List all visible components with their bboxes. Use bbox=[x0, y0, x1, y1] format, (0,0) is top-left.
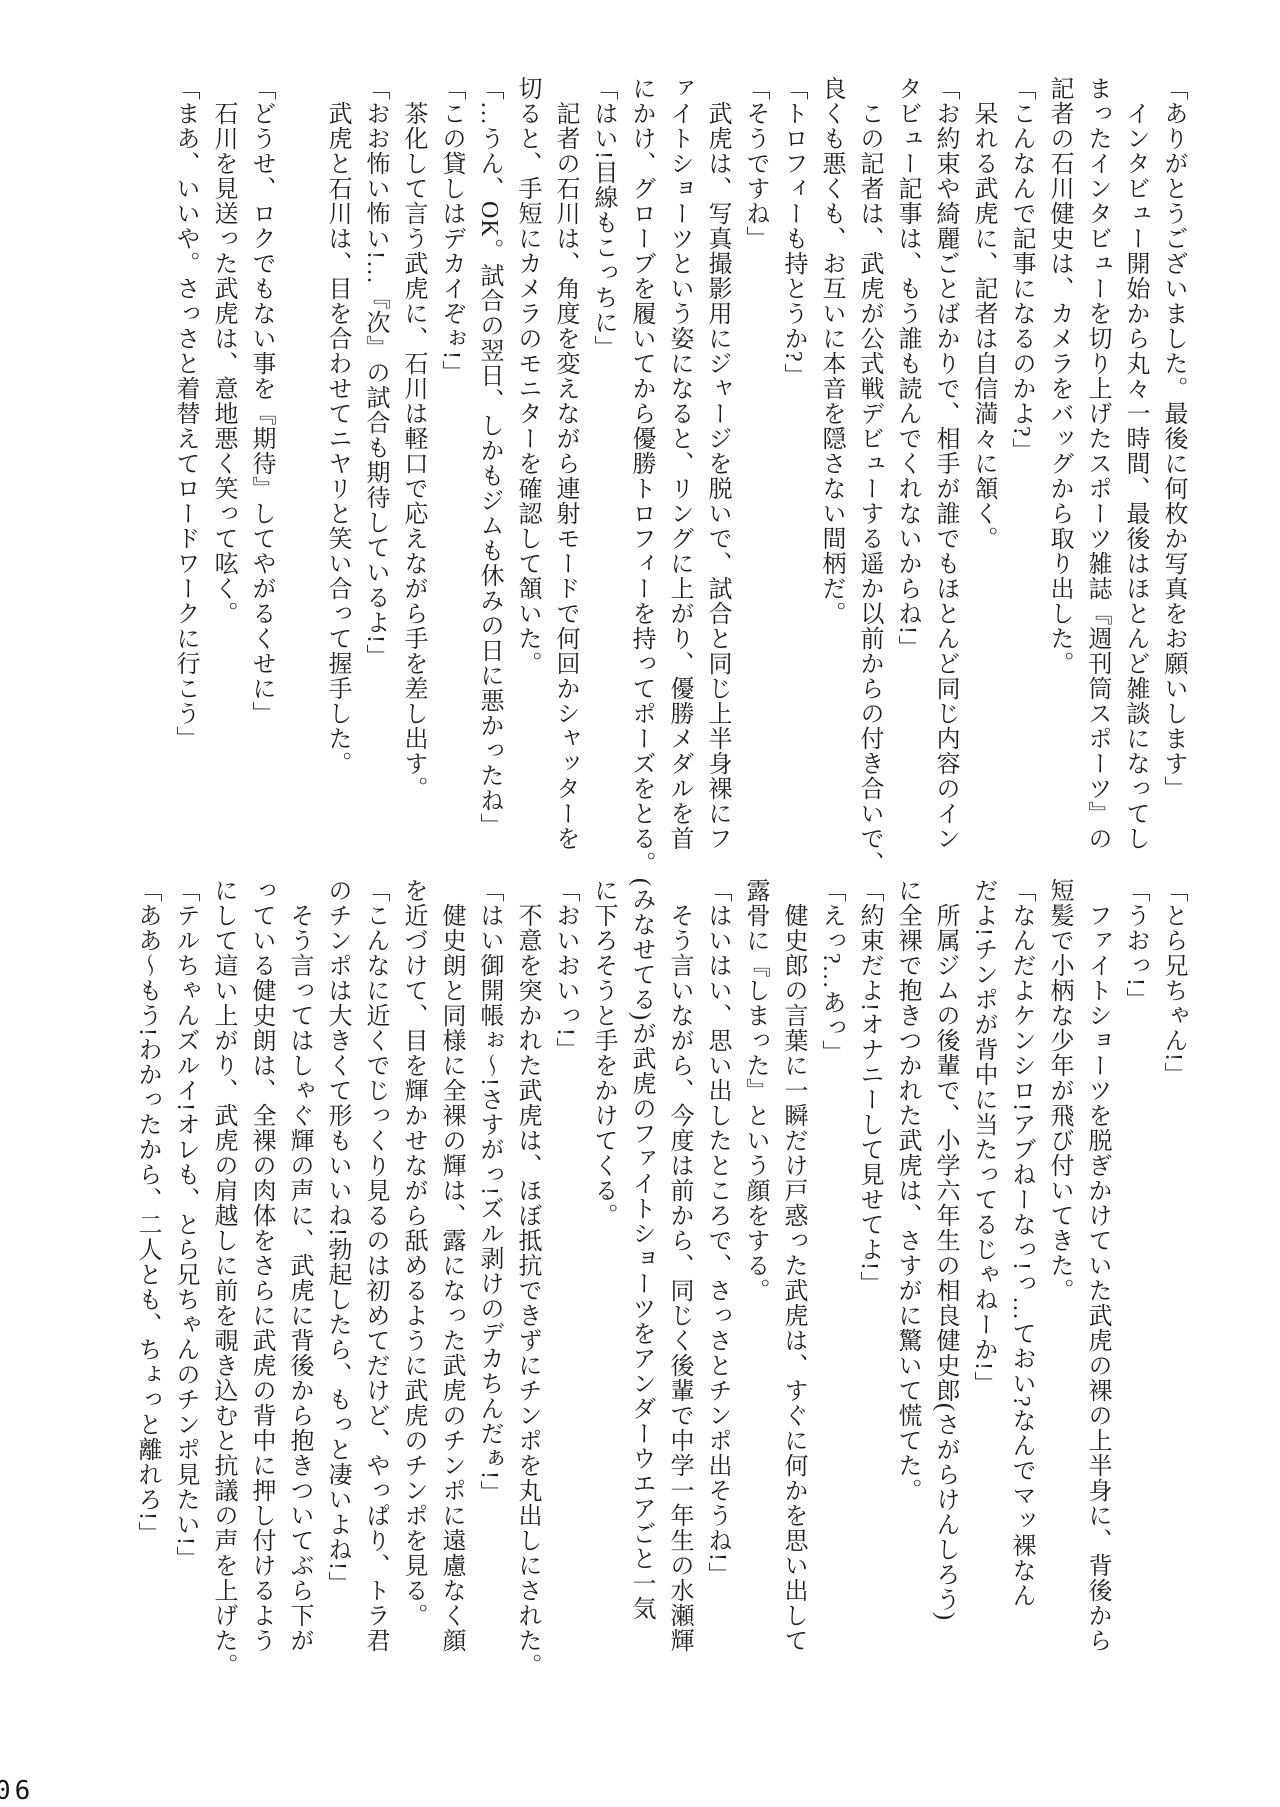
text-line: 「うおっ!」 bbox=[1116, 878, 1154, 1670]
text-line: だよ!チンポが背中に当たってるじゃねーか!」 bbox=[964, 878, 1002, 1670]
text-line: 短髪で小柄な少年が飛び付いてきた。 bbox=[1040, 878, 1078, 1670]
text-line: 健史朗と同様に全裸の輝は、露になった武虎のチンポに遠慮なく顔 bbox=[432, 878, 470, 1670]
text-line: 「こんなんで記事になるのかよ?」 bbox=[1002, 76, 1040, 856]
text-line: (みなせてる)が武虎のファイトショーツをアンダーウエアごと一気 bbox=[622, 878, 660, 1670]
top-text-block: 「ありがとうございました。最後に何枚か写真をお願いします」 インタビュー開始から… bbox=[166, 76, 1192, 856]
text-line: 「テルちゃんズルイ!オレも、とら兄ちゃんのチンポ見たい!」 bbox=[166, 878, 204, 1670]
text-line: 「…うん、OK。試合の翌日、しかもジムも休みの日に悪かったね」 bbox=[470, 76, 508, 856]
text-line: 「お約束や綺麗ごとばかりで、相手が誰でもほとんど同じ内容のイン bbox=[926, 76, 964, 856]
text-line: にして這い上がり、武虎の肩越しに前を覗き込むと抗議の声を上げた。 bbox=[204, 878, 242, 1670]
text-line: 「こんなに近くでじっくり見るのは初めてだけど、やっぱり、トラ君 bbox=[356, 878, 394, 1670]
text-line: 「はい!目線もこっちに」 bbox=[584, 76, 622, 856]
novel-page: 「ありがとうございました。最後に何枚か写真をお願いします」 インタビュー開始から… bbox=[0, 0, 1280, 1807]
text-line: 「そうですね」 bbox=[736, 76, 774, 856]
text-line: を近づけて、目を輝かせながら舐めるように武虎のチンポを見る。 bbox=[394, 878, 432, 1670]
text-line: 記者の石川は、角度を変えながら連射モードで何回かシャッターを bbox=[546, 76, 584, 856]
text-line: インタビュー開始から丸々一時間、最後はほとんど雑談になってし bbox=[1116, 76, 1154, 856]
text-line: 石川を見送った武虎は、意地悪く笑って呟く。 bbox=[204, 76, 242, 856]
text-line: 「ありがとうございました。最後に何枚か写真をお願いします」 bbox=[1154, 76, 1192, 856]
text-line: 所属ジムの後輩で、小学六年生の相良健史郎(さがらけんしろう) bbox=[926, 878, 964, 1670]
text-line: 「この貸しはデカイぞぉ!」 bbox=[432, 76, 470, 856]
text-line: 茶化して言う武虎に、石川は軽口で応えながら手を差し出す。 bbox=[394, 76, 432, 856]
text-line: 呆れる武虎に、記者は自信満々に頷く。 bbox=[964, 76, 1002, 856]
text-line: 武虎は、写真撮影用にジャージを脱いで、試合と同じ上半身裸にフ bbox=[698, 76, 736, 856]
text-line: のチンポは大きくて形もいいね!勃起したら、もっと凄いよね!」 bbox=[318, 878, 356, 1670]
text-line: 切ると、手短にカメラのモニターを確認して頷いた。 bbox=[508, 76, 546, 856]
text-line: 不意を突かれた武虎は、ほぼ抵抗できずにチンポを丸出しにされた。 bbox=[508, 878, 546, 1670]
text-line: まったインタビューを切り上げたスポーツ雑誌『週刊筒スポーツ』の bbox=[1078, 76, 1116, 856]
text-line: ァイトショーツという姿になると、リングに上がり、優勝メダルを首 bbox=[660, 76, 698, 856]
text-line: 「なんだよケンシロ!アブねーなっ!っ…ておい?なんでマッ裸なん bbox=[1002, 878, 1040, 1670]
text-line: にかけ、グローブを履いてから優勝トロフィーを持ってポーズをとる。 bbox=[622, 76, 660, 856]
bottom-text-block: 「とら兄ちゃん!」 「うおっ!」 ファイトショーツを脱ぎかけていた武虎の裸の上半… bbox=[128, 878, 1192, 1670]
text-line: ファイトショーツを脱ぎかけていた武虎の裸の上半身に、背後から bbox=[1078, 878, 1116, 1670]
text-line: 「約束だよ!オナニーして見せてよ!」 bbox=[850, 878, 888, 1670]
text-line: 記者の石川健史は、カメラをバッグから取り出した。 bbox=[1040, 76, 1078, 856]
text-line: 「とら兄ちゃん!」 bbox=[1154, 878, 1192, 1670]
text-line: っている健史朗は、全裸の肉体をさらに武虎の背中に押し付けるよう bbox=[242, 878, 280, 1670]
text-line: タビュー記事は、もう誰も読んでくれないからね!」 bbox=[888, 76, 926, 856]
text-line: そう言ってはしゃぐ輝の声に、武虎に背後から抱きついてぶら下が bbox=[280, 878, 318, 1670]
text-line: 「ああ〜もう!わかったから、二人とも、ちょっと離れろ!」 bbox=[128, 878, 166, 1670]
text-line: に下ろそうと手をかけてくる。 bbox=[584, 878, 622, 1670]
text-line: 「おお怖い怖い!…『次』の試合も期待しているよ!」 bbox=[356, 76, 394, 856]
text-line: 「はい御開帳ぉ〜!さすがっ!ズル剥けのデカちんだぁ!」 bbox=[470, 878, 508, 1670]
text-line: 健史郎の言葉に一瞬だけ戸惑った武虎は、すぐに何かを思い出して bbox=[774, 878, 812, 1670]
text-line: そう言いながら、今度は前から、同じく後輩で中学一年生の水瀬輝 bbox=[660, 878, 698, 1670]
text-line: 「おいおいっ!」 bbox=[546, 878, 584, 1670]
text-line: 「えっ?…あっ」 bbox=[812, 878, 850, 1670]
page-number: 06 bbox=[0, 1776, 34, 1806]
text-line: 武虎と石川は、目を合わせてニヤリと笑い合って握手した。 bbox=[318, 76, 356, 856]
text-line: に全裸で抱きつかれた武虎は、さすがに驚いて慌てた。 bbox=[888, 878, 926, 1670]
text-line: この記者は、武虎が公式戦デビューする遥か以前からの付き合いで、 bbox=[850, 76, 888, 856]
text-line-blank bbox=[280, 76, 318, 856]
text-line: 露骨に『しまった』という顔をする。 bbox=[736, 878, 774, 1670]
text-line: 良くも悪くも、お互いに本音を隠さない間柄だ。 bbox=[812, 76, 850, 856]
text-line: 「トロフィーも持とうか?」 bbox=[774, 76, 812, 856]
text-line: 「どうせ、ロクでもない事を『期待』してやがるくせに」 bbox=[242, 76, 280, 856]
text-line: 「まあ、いいや。さっさと着替えてロードワークに行こう」 bbox=[166, 76, 204, 856]
text-line: 「はいはい、思い出したところで、さっさとチンポ出そうね!」 bbox=[698, 878, 736, 1670]
